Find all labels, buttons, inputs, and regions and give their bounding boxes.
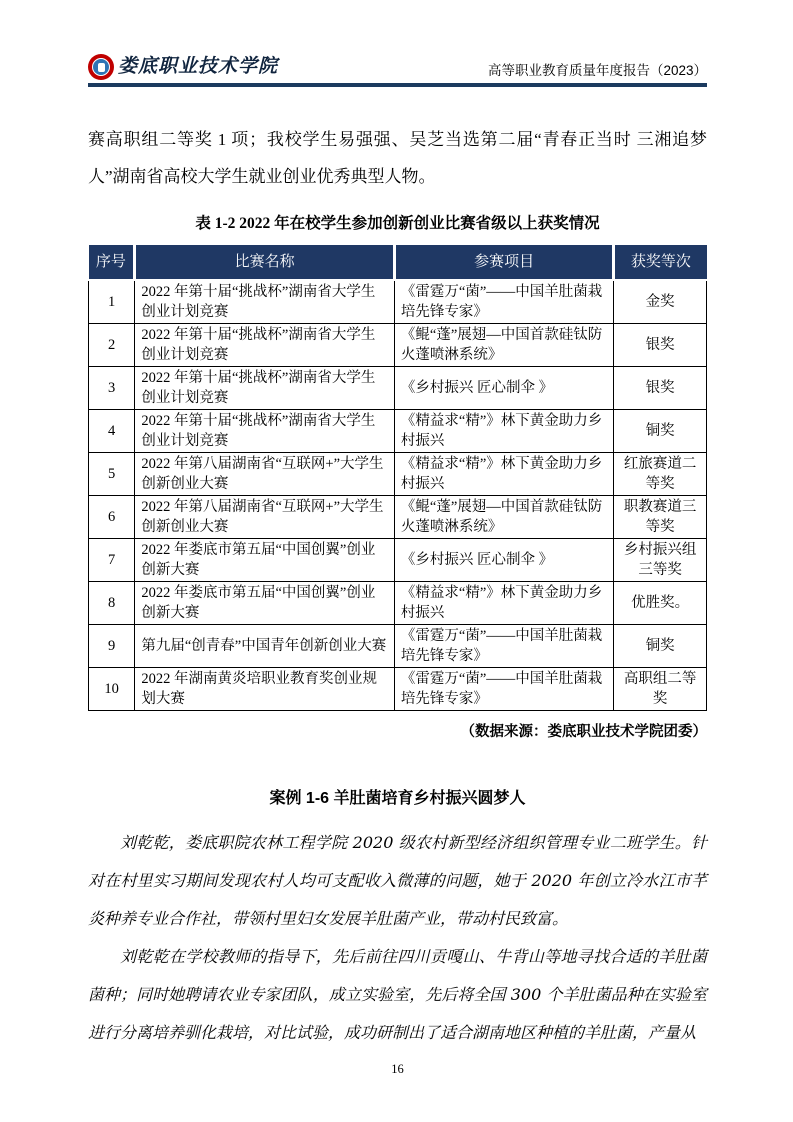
cell-competition: 2022 年娄底市第五届“中国创翼”创业创新大赛 (135, 582, 395, 625)
awards-table: 序号 比赛名称 参赛项目 获奖等次 12022 年第十届“挑战杯”湖南省大学生创… (88, 245, 707, 711)
page-header: 娄底职业技术学院 高等职业教育质量年度报告（2023） (88, 0, 707, 87)
col-header-award: 获奖等次 (614, 245, 707, 280)
school-logo-icon (88, 54, 114, 80)
cell-project: 《精益求“精”》林下黄金助力乡村振兴 (394, 410, 613, 453)
cell-competition: 2022 年娄底市第五届“中国创翼”创业创新大赛 (135, 539, 395, 582)
cell-competition: 2022 年第八届湖南省“互联网+”大学生创新创业大赛 (135, 496, 395, 539)
cell-index: 5 (89, 453, 135, 496)
cell-competition: 2022 年湖南黄炎培职业教育奖创业规划大赛 (135, 668, 395, 711)
awards-table-body: 12022 年第十届“挑战杯”湖南省大学生创业计划竞赛《雷霆万“菌”——中国羊肚… (89, 280, 707, 711)
cell-project: 《雷霆万“菌”——中国羊肚菌栽培先锋专家》 (394, 280, 613, 324)
cell-project: 《精益求“精”》林下黄金助力乡村振兴 (394, 582, 613, 625)
awards-table-header: 序号 比赛名称 参赛项目 获奖等次 (89, 245, 707, 280)
intro-paragraph: 赛高职组二等奖 1 项；我校学生易强强、吴芝当选第二届“青春正当时 三湘追梦人”… (88, 121, 707, 195)
cell-competition: 2022 年第十届“挑战杯”湖南省大学生创业计划竞赛 (135, 280, 395, 324)
cell-project: 《雷霆万“菌”——中国羊肚菌栽培先锋专家》 (394, 668, 613, 711)
table-row: 12022 年第十届“挑战杯”湖南省大学生创业计划竞赛《雷霆万“菌”——中国羊肚… (89, 280, 707, 324)
table-row: 42022 年第十届“挑战杯”湖南省大学生创业计划竞赛《精益求“精”》林下黄金助… (89, 410, 707, 453)
table-title: 表 1-2 2022 年在校学生参加创新创业比赛省级以上获奖情况 (88, 212, 707, 236)
cell-project: 《精益求“精”》林下黄金助力乡村振兴 (394, 453, 613, 496)
cell-index: 4 (89, 410, 135, 453)
cell-award: 银奖 (614, 324, 707, 367)
cell-award: 乡村振兴组三等奖 (614, 539, 707, 582)
col-header-competition: 比赛名称 (135, 245, 395, 280)
cell-project: 《雷霆万“菌”——中国羊肚菌栽培先锋专家》 (394, 625, 613, 668)
case-heading: 案例 1-6 羊肚菌培育乡村振兴圆梦人 (88, 785, 707, 808)
cell-award: 高职组二等奖 (614, 668, 707, 711)
cell-project: 《鲲“蓬”展翅—中国首款硅钛防火蓬喷淋系统》 (394, 324, 613, 367)
table-row: 102022 年湖南黄炎培职业教育奖创业规划大赛《雷霆万“菌”——中国羊肚菌栽培… (89, 668, 707, 711)
cell-award: 优胜奖。 (614, 582, 707, 625)
page-number: 16 (88, 1062, 707, 1077)
table-row: 82022 年娄底市第五届“中国创翼”创业创新大赛《精益求“精”》林下黄金助力乡… (89, 582, 707, 625)
cell-award: 职教赛道三等奖 (614, 496, 707, 539)
header-brand: 娄底职业技术学院 (88, 54, 278, 80)
cell-award: 铜奖 (614, 625, 707, 668)
col-header-project: 参赛项目 (394, 245, 613, 280)
cell-index: 10 (89, 668, 135, 711)
table-row: 62022 年第八届湖南省“互联网+”大学生创新创业大赛《鲲“蓬”展翅—中国首款… (89, 496, 707, 539)
table-row: 9第九届“创青春”中国青年创新创业大赛《雷霆万“菌”——中国羊肚菌栽培先锋专家》… (89, 625, 707, 668)
cell-competition: 2022 年第八届湖南省“互联网+”大学生创新创业大赛 (135, 453, 395, 496)
table-row: 72022 年娄底市第五届“中国创翼”创业创新大赛《乡村振兴 匠心制伞 》乡村振… (89, 539, 707, 582)
cell-index: 7 (89, 539, 135, 582)
cell-competition: 2022 年第十届“挑战杯”湖南省大学生创业计划竞赛 (135, 324, 395, 367)
cell-project: 《鲲“蓬”展翅—中国首款硅钛防火蓬喷淋系统》 (394, 496, 613, 539)
cell-index: 8 (89, 582, 135, 625)
col-header-index: 序号 (89, 245, 135, 280)
cell-competition: 第九届“创青春”中国青年创新创业大赛 (135, 625, 395, 668)
cell-competition: 2022 年第十届“挑战杯”湖南省大学生创业计划竞赛 (135, 367, 395, 410)
cell-project: 《乡村振兴 匠心制伞 》 (394, 539, 613, 582)
cell-index: 9 (89, 625, 135, 668)
report-title: 高等职业教育质量年度报告（2023） (488, 64, 707, 81)
school-name: 娄底职业技术学院 (118, 57, 278, 78)
case-paragraph: 刘乾乾在学校教师的指导下，先后前往四川贡嘎山、牛背山等地寻找合适的羊肚菌菌种；同… (88, 938, 707, 1052)
document-page: 娄底职业技术学院 高等职业教育质量年度报告（2023） 赛高职组二等奖 1 项；… (0, 0, 793, 1077)
case-paragraph: 刘乾乾，娄底职院农林工程学院 2020 级农村新型经济组织管理专业二班学生。针对… (88, 824, 707, 938)
table-row: 32022 年第十届“挑战杯”湖南省大学生创业计划竞赛《乡村振兴 匠心制伞 》银… (89, 367, 707, 410)
source-note: （数据来源：娄底职业技术学院团委） (88, 720, 707, 741)
cell-award: 银奖 (614, 367, 707, 410)
cell-project: 《乡村振兴 匠心制伞 》 (394, 367, 613, 410)
cell-award: 红旅赛道二等奖 (614, 453, 707, 496)
cell-index: 1 (89, 280, 135, 324)
cell-competition: 2022 年第十届“挑战杯”湖南省大学生创业计划竞赛 (135, 410, 395, 453)
cell-index: 2 (89, 324, 135, 367)
cell-award: 金奖 (614, 280, 707, 324)
table-header-row: 序号 比赛名称 参赛项目 获奖等次 (89, 245, 707, 280)
table-row: 22022 年第十届“挑战杯”湖南省大学生创业计划竞赛《鲲“蓬”展翅—中国首款硅… (89, 324, 707, 367)
cell-award: 铜奖 (614, 410, 707, 453)
cell-index: 3 (89, 367, 135, 410)
table-row: 52022 年第八届湖南省“互联网+”大学生创新创业大赛《精益求“精”》林下黄金… (89, 453, 707, 496)
cell-index: 6 (89, 496, 135, 539)
